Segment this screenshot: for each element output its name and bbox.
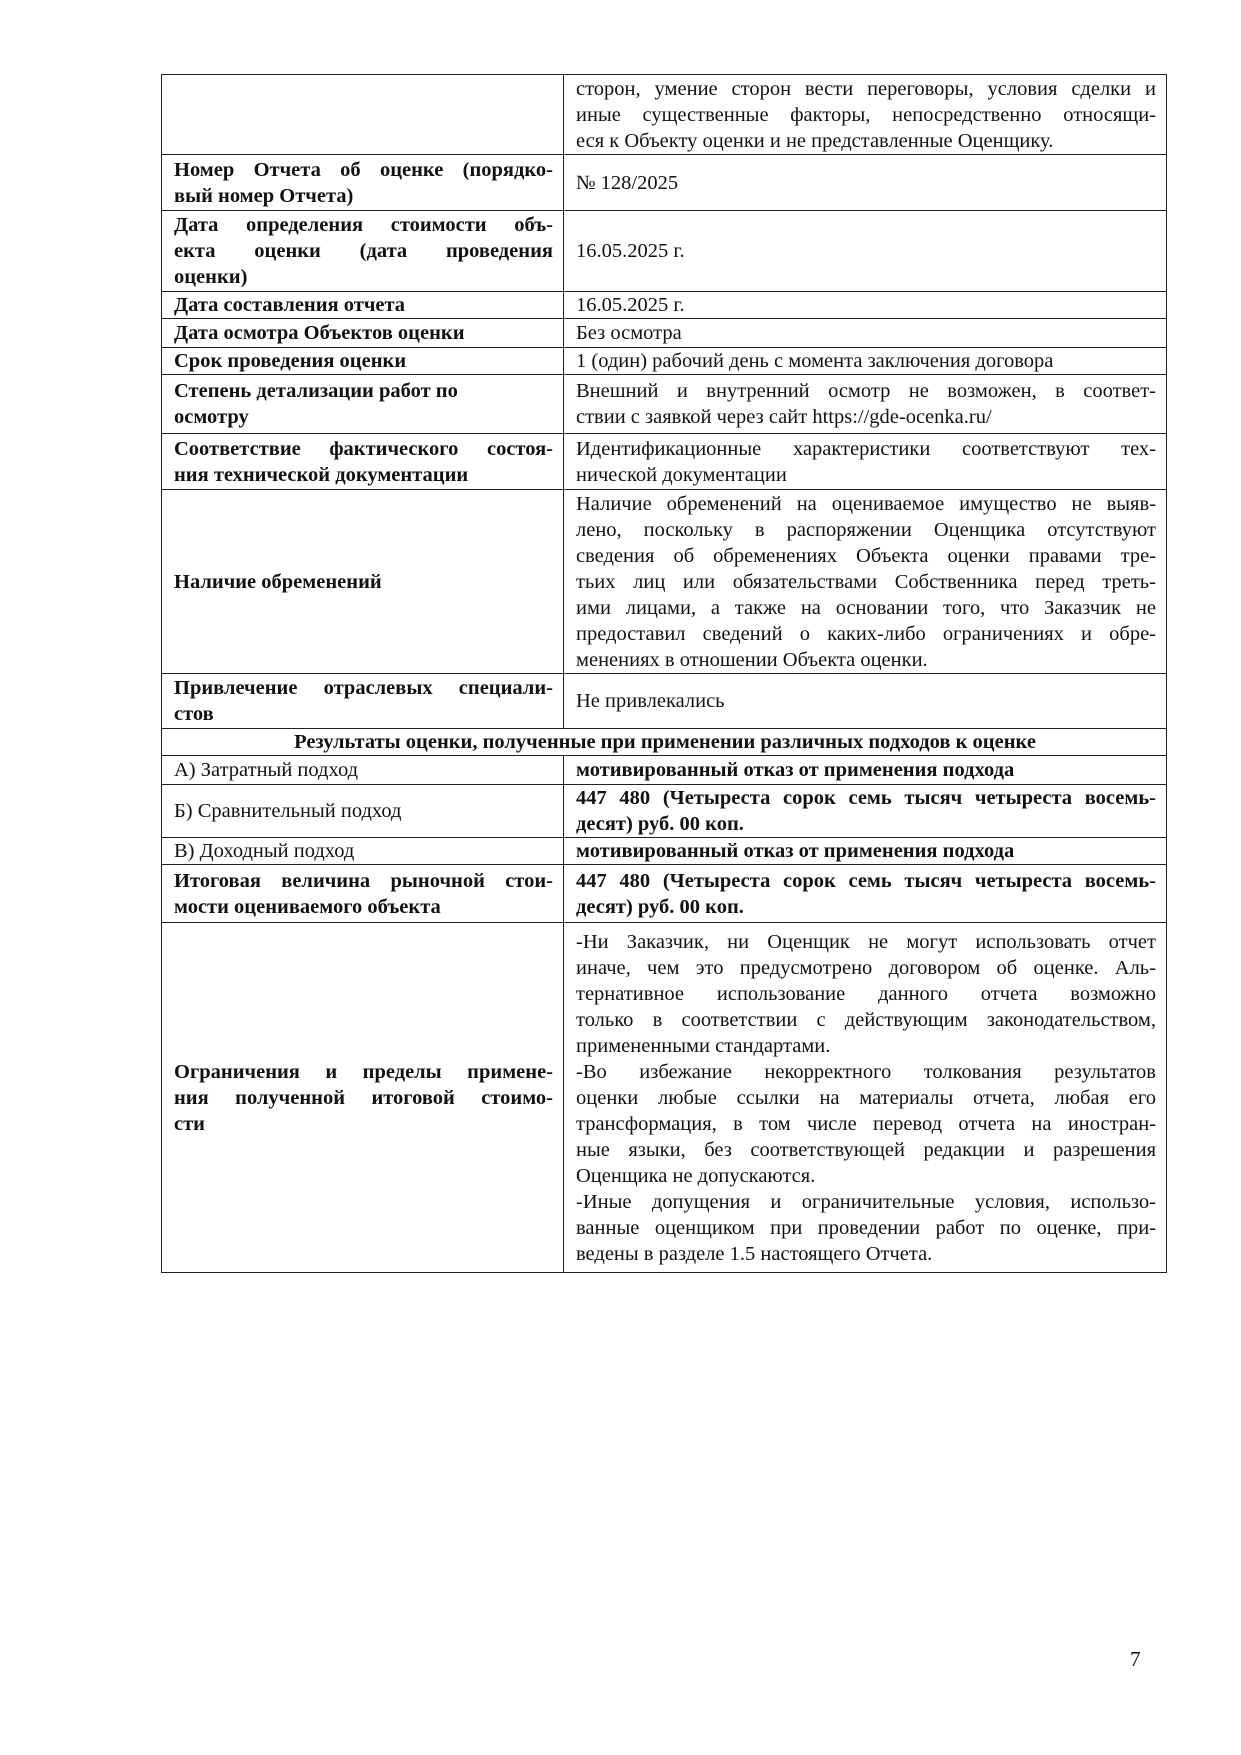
- table-row: Привлечение отраслевых специали- стов Не…: [162, 674, 1167, 729]
- table-row: А) Затратный подход мотивированный отказ…: [162, 756, 1167, 785]
- row-value-report-number: № 128/2025: [564, 155, 1167, 211]
- row-label-report-date: Дата составления отчета: [162, 292, 564, 319]
- approach-value-income: мотивированный отказ от применения подхо…: [564, 838, 1167, 865]
- row-value-documentation-compliance: Идентификационные характеристики соответ…: [564, 434, 1167, 490]
- row-label-encumbrances: Наличие обременений: [162, 490, 564, 674]
- table-row: Дата составления отчета 16.05.2025 г.: [162, 292, 1167, 319]
- table-row: Дата осмотра Объектов оценки Без осмотра: [162, 319, 1167, 348]
- total-value: 447 480 (Четыреста сорок семь тысяч четы…: [564, 865, 1167, 923]
- table-row: сторон, умение сторон вести переговоры, …: [162, 75, 1167, 155]
- table-row: В) Доходный подход мотивированный отказ …: [162, 838, 1167, 865]
- row-value-inspection-detail: Внешний и внутренний осмотр не возможен,…: [564, 375, 1167, 434]
- approach-value-cost: мотивированный отказ от применения подхо…: [564, 756, 1167, 785]
- approach-label-cost: А) Затратный подход: [162, 756, 564, 785]
- row-label-documentation-compliance: Соответствие фактического состоя- ния те…: [162, 434, 564, 490]
- approach-value-comparative: 447 480 (Четыреста сорок семь тысяч четы…: [564, 785, 1167, 838]
- row-label-specialists: Привлечение отраслевых специали- стов: [162, 674, 564, 729]
- row-value-valuation-date: 16.05.2025 г.: [564, 211, 1167, 292]
- table-row: Дата определения стоимости объ- екта оце…: [162, 211, 1167, 292]
- document-page: сторон, умение сторон вести переговоры, …: [0, 0, 1241, 1755]
- results-section-title: Результаты оценки, полученные при примен…: [162, 729, 1167, 756]
- row-value-report-date: 16.05.2025 г.: [564, 292, 1167, 319]
- table-row: Срок проведения оценки 1 (один) рабочий …: [162, 348, 1167, 375]
- row-value-inspection-date: Без осмотра: [564, 319, 1167, 348]
- row-value-encumbrances: Наличие обременений на оцениваемое имуще…: [564, 490, 1167, 674]
- limitations-value: -Ни Заказчик, ни Оценщик не могут исполь…: [564, 923, 1167, 1273]
- table-row: Наличие обременений Наличие обременений …: [162, 490, 1167, 674]
- table-row: Степень детализации работ по осмотру Вне…: [162, 375, 1167, 434]
- limitations-label: Ограничения и пределы примене- ния получ…: [162, 923, 564, 1273]
- valuation-summary-table: сторон, умение сторон вести переговоры, …: [161, 74, 1167, 1273]
- table-section-header: Результаты оценки, полученные при примен…: [162, 729, 1167, 756]
- table-row: Ограничения и пределы примене- ния получ…: [162, 923, 1167, 1273]
- page-number: 7: [1130, 1647, 1141, 1671]
- approach-label-comparative: Б) Сравнительный подход: [162, 785, 564, 838]
- row-label-report-number: Номер Отчета об оценке (порядко- вый ном…: [162, 155, 564, 211]
- table-row: Итоговая величина рыночной стои- мости о…: [162, 865, 1167, 923]
- total-value-label: Итоговая величина рыночной стои- мости о…: [162, 865, 564, 923]
- row-label-empty: [162, 75, 564, 155]
- row-label-inspection-date: Дата осмотра Объектов оценки: [162, 319, 564, 348]
- table-row: Номер Отчета об оценке (порядко- вый ном…: [162, 155, 1167, 211]
- row-label-valuation-term: Срок проведения оценки: [162, 348, 564, 375]
- table-row: Соответствие фактического состоя- ния те…: [162, 434, 1167, 490]
- row-label-valuation-date: Дата определения стоимости объ- екта оце…: [162, 211, 564, 292]
- approach-label-income: В) Доходный подход: [162, 838, 564, 865]
- row-value-valuation-term: 1 (один) рабочий день с момента заключен…: [564, 348, 1167, 375]
- row-value-specialists: Не привлекались: [564, 674, 1167, 729]
- table-row: Б) Сравнительный подход 447 480 (Четырес…: [162, 785, 1167, 838]
- row-value: сторон, умение сторон вести переговоры, …: [564, 75, 1167, 155]
- row-label-inspection-detail: Степень детализации работ по осмотру: [162, 375, 564, 434]
